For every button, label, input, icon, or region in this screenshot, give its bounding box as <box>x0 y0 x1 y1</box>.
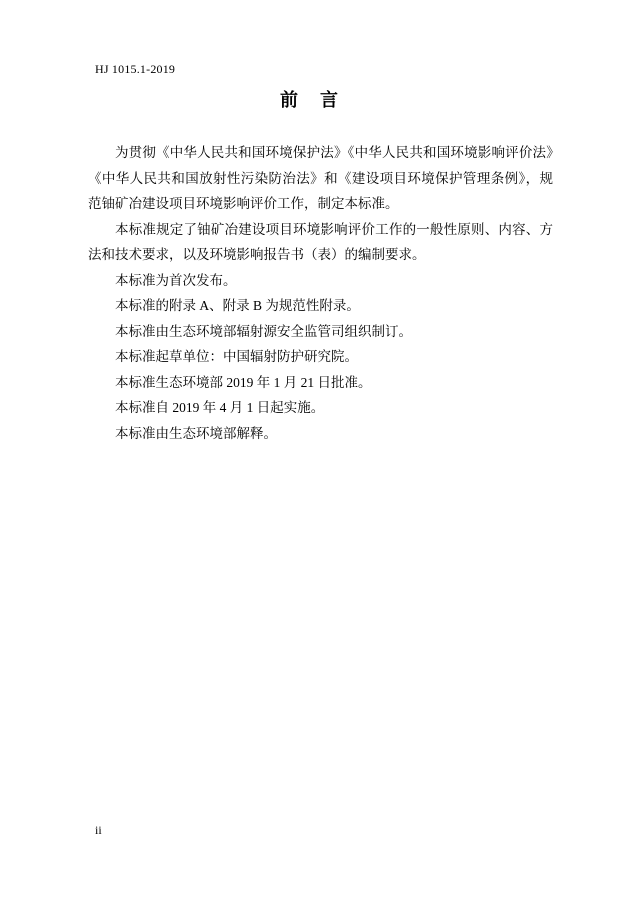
paragraph: 本标准自 2019 年 4 月 1 日起实施。 <box>88 395 553 421</box>
page-title: 前 言 <box>0 86 620 112</box>
paragraph: 本标准由生态环境部解释。 <box>88 421 553 447</box>
paragraph: 本标准的附录 A、附录 B 为规范性附录。 <box>88 293 553 319</box>
paragraph: 为贯彻《中华人民共和国环境保护法》《中华人民共和国环境影响评价法》《中华人民共和… <box>88 140 553 217</box>
page-number: ii <box>95 823 102 838</box>
paragraph: 本标准规定了铀矿冶建设项目环境影响评价工作的一般性原则、内容、方法和技术要求，以… <box>88 217 553 268</box>
document-page: { "doc": { "doc_number": "HJ 1015.1-2019… <box>0 0 640 905</box>
doc-number: HJ 1015.1-2019 <box>95 62 175 77</box>
paragraph: 本标准由生态环境部辐射源安全监管司组织制订。 <box>88 319 553 345</box>
paragraph: 本标准为首次发布。 <box>88 268 553 294</box>
foreword-body: 为贯彻《中华人民共和国环境保护法》《中华人民共和国环境影响评价法》《中华人民共和… <box>88 140 553 446</box>
paragraph: 本标准起草单位：中国辐射防护研究院。 <box>88 344 553 370</box>
paragraph: 本标准生态环境部 2019 年 1 月 21 日批准。 <box>88 370 553 396</box>
